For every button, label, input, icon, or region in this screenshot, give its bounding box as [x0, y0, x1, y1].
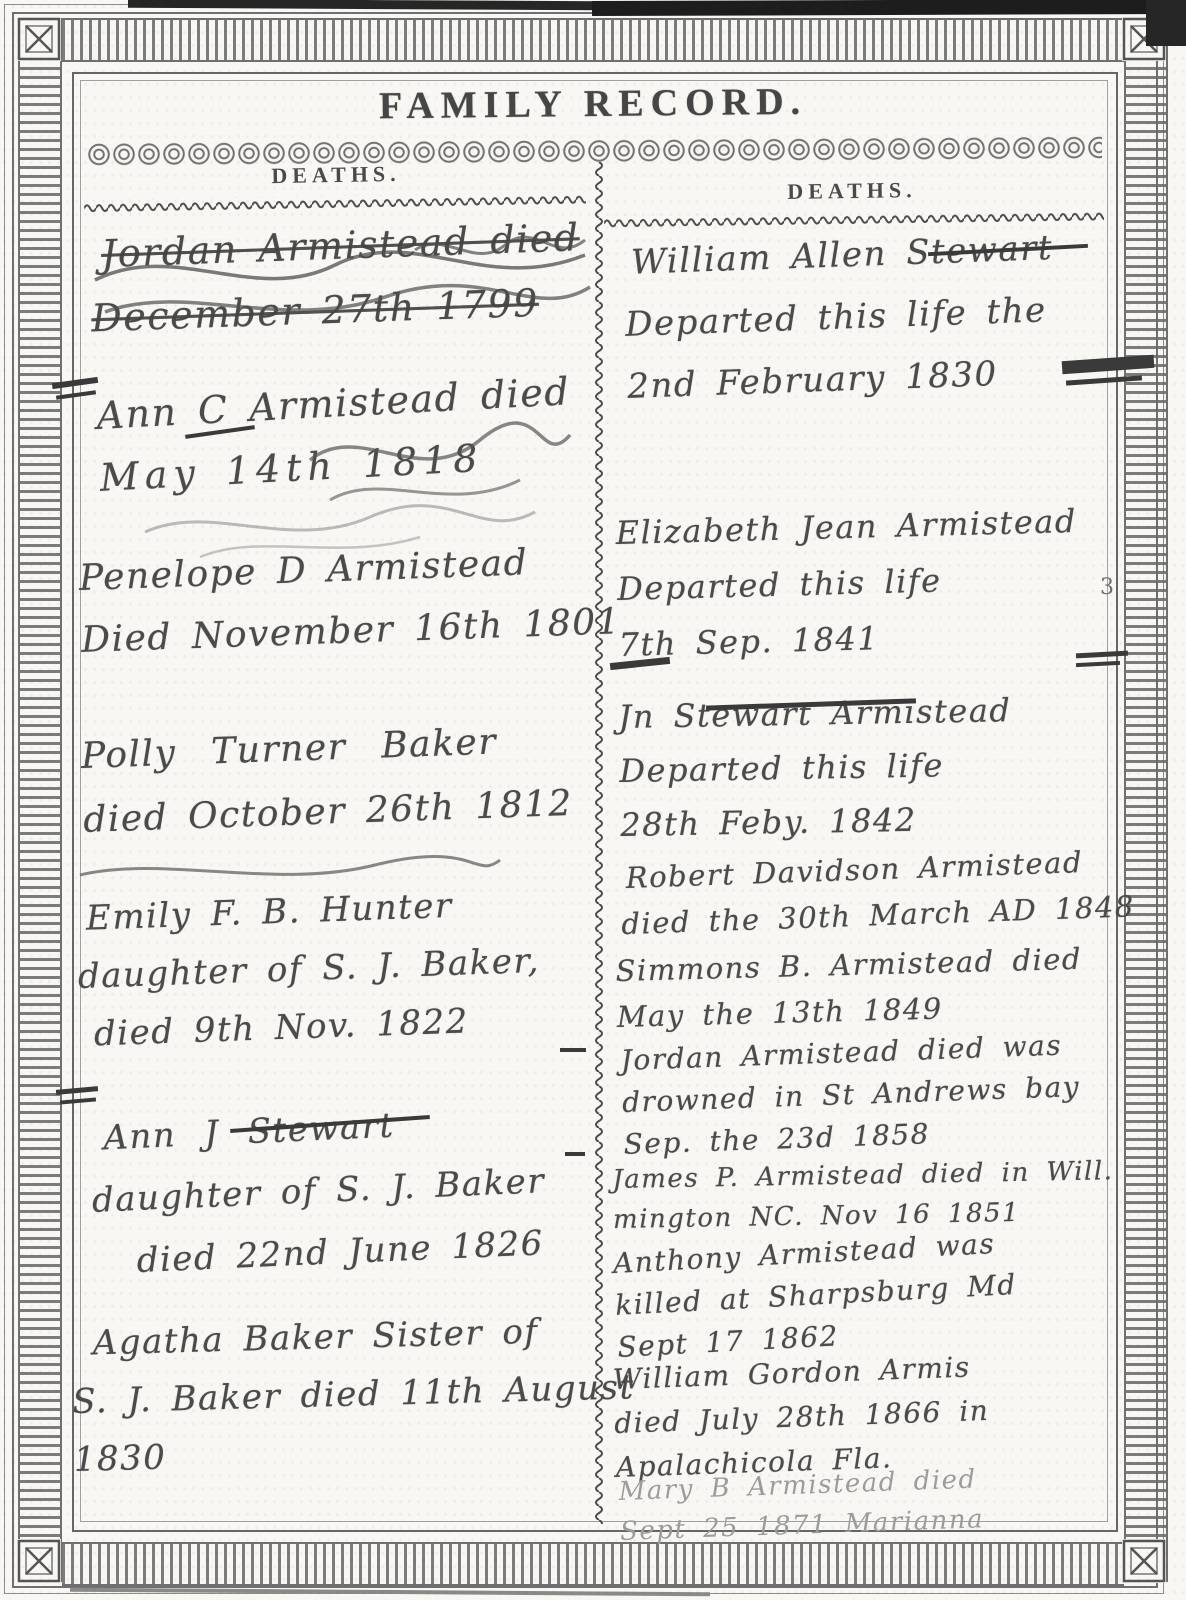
border-band-right — [1124, 18, 1168, 1582]
death-record-entry: James P. Armistead died in Will. mington… — [612, 1151, 1114, 1240]
ink-scribble — [140, 492, 540, 567]
death-record-entry: Jn Stewart Armistead Departed this life … — [618, 683, 1014, 852]
corner-ornament-icon — [1122, 1539, 1166, 1583]
record-line: Jn Stewart Armistead — [618, 683, 1012, 744]
border-band-bottom — [62, 1542, 1124, 1586]
margin-mark: 3 — [1100, 575, 1114, 600]
pen-mark — [565, 1152, 585, 1156]
corner-ornament-icon — [17, 1539, 61, 1583]
death-record-entry: Simmons B. Armistead died May the 13th 1… — [615, 936, 1084, 1040]
death-record-entry: Robert Davidson Armistead died the 30th … — [625, 837, 1136, 947]
death-record-entry: Elizabeth Jean Armistead Departed this l… — [615, 493, 1080, 673]
scan-artifact — [1146, 0, 1186, 46]
corner-ornament-icon — [17, 17, 61, 61]
death-record-entry: Emily F. B. Hunter daughter of S. J. Bak… — [75, 874, 543, 1064]
death-record-entry: Agatha Baker Sister of S. J. Baker died … — [70, 1300, 637, 1489]
death-record-entry: William Allen Stewart Departed this life… — [622, 217, 1058, 418]
border-band-top — [62, 18, 1124, 62]
death-record-entry: Jordan Armistead died was drowned in St … — [620, 1024, 1082, 1166]
scan-artifact — [592, 0, 1186, 16]
death-record-entry: Mary B Armistead died Sept 25 1871 Maria… — [618, 1459, 985, 1552]
record-line: Departed this life — [619, 737, 1013, 798]
ink-scribble — [75, 845, 505, 900]
pen-mark — [560, 1048, 586, 1052]
scanned-family-record-page: FAMILY RECORD. DEATHS. DEATHS. Jordan Ar… — [0, 0, 1186, 1600]
death-record-entry: Ann J Stewart daughter of S. J. Baker di… — [88, 1088, 549, 1294]
death-record-entry: Polly Turner Baker died October 26th 181… — [80, 708, 574, 853]
border-band-left — [18, 18, 62, 1582]
ink-scribble — [85, 210, 595, 360]
